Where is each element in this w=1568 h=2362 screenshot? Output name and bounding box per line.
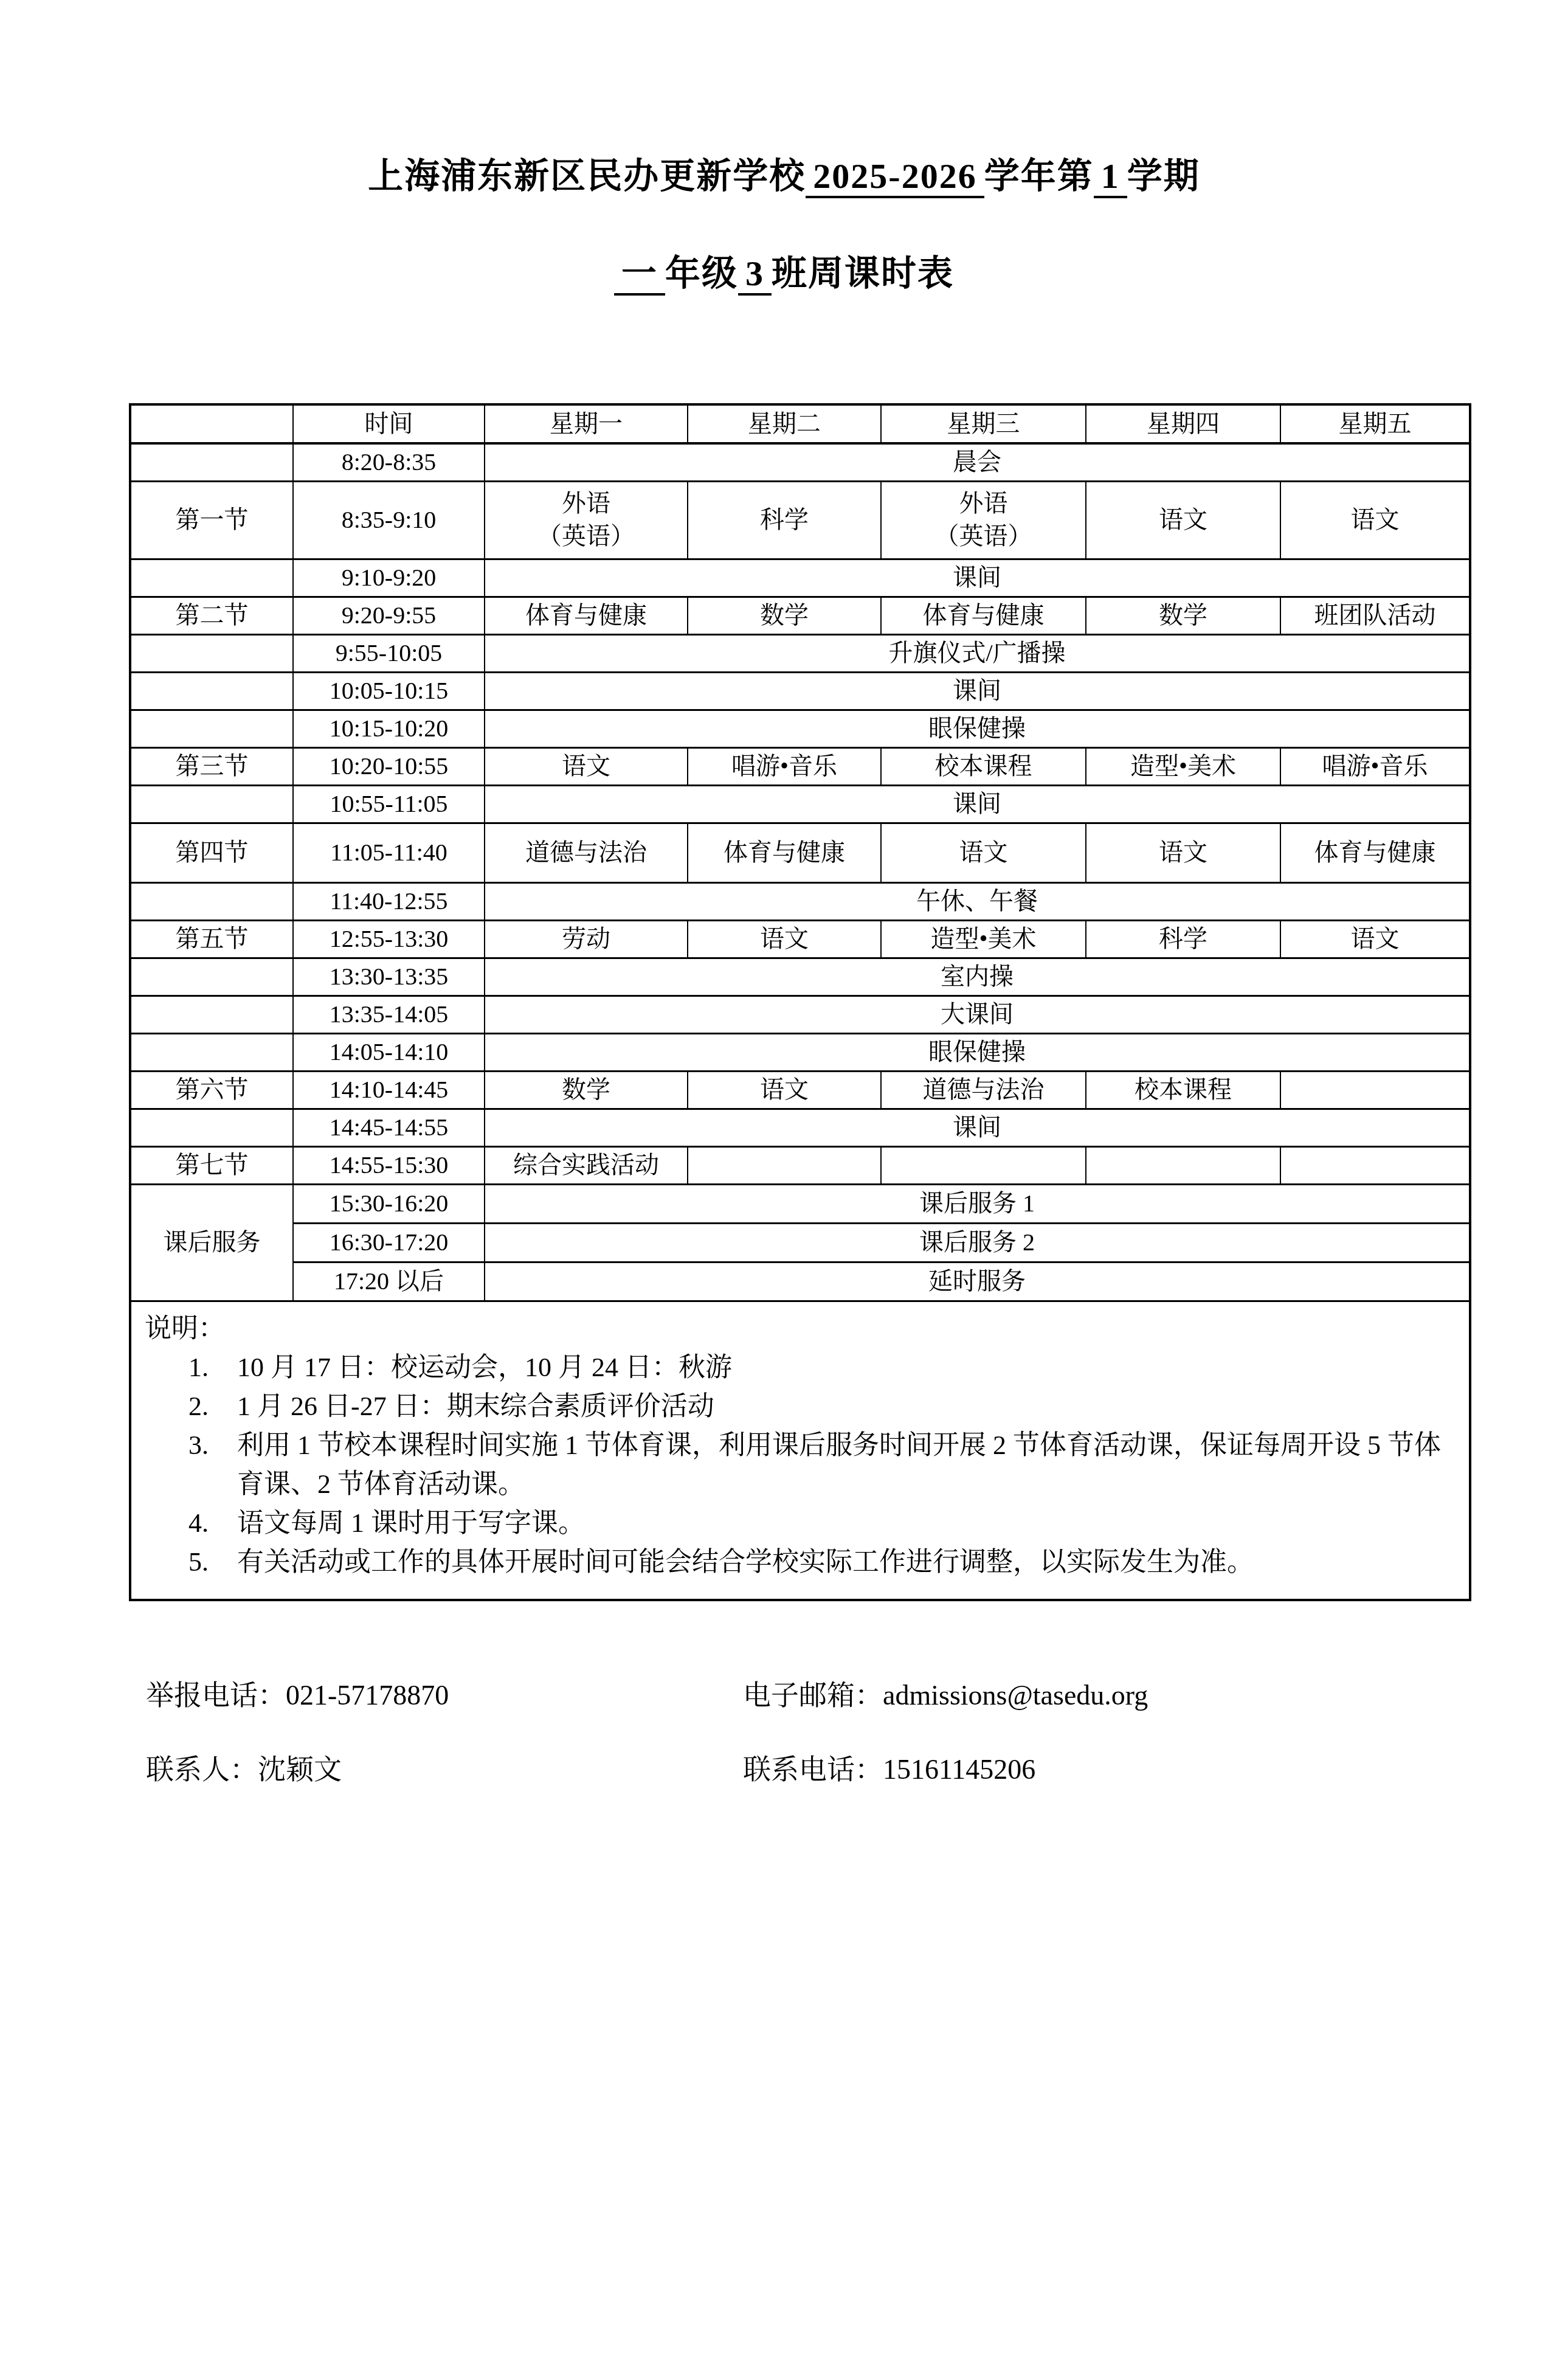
section-cell — [130, 443, 293, 481]
table-row-break: 9:10-9:20 课间 — [130, 559, 1470, 597]
time-cell: 8:20-8:35 — [293, 443, 485, 481]
time-cell: 14:45-14:55 — [293, 1109, 485, 1146]
span-activity-cell: 课间 — [485, 1109, 1470, 1146]
table-row-period-6: 第六节 14:10-14:45 数学 语文 道德与法治 校本课程 — [130, 1071, 1470, 1109]
table-row-lunch: 11:40-12:55 午休、午餐 — [130, 882, 1470, 920]
span-activity-cell: 课间 — [485, 785, 1470, 823]
table-row-long-break: 13:35-14:05 大课间 — [130, 996, 1470, 1033]
time-cell: 13:30-13:35 — [293, 958, 485, 996]
section-cell: 第五节 — [130, 920, 293, 958]
notes-cell: 说明： 1. 10 月 17 日：校运动会，10 月 24 日：秋游 2. 1 … — [130, 1301, 1470, 1600]
time-cell: 9:20-9:55 — [293, 597, 485, 634]
header-corner-cell — [130, 404, 293, 443]
time-cell: 10:55-11:05 — [293, 785, 485, 823]
note-text: 10 月 17 日：校运动会，10 月 24 日：秋游 — [237, 1348, 1453, 1387]
section-cell-after-school: 课后服务 — [130, 1184, 293, 1301]
title-schedule-label: 班周课时表 — [772, 254, 954, 293]
header-tuesday-cell: 星期二 — [688, 404, 881, 443]
page-title-line1: 上海浦东新区民办更新学校2025-2026学年第1学期 — [0, 153, 1568, 199]
lesson-cell-thu: 语文 — [1086, 823, 1280, 882]
contact-phone: 联系电话：15161145206 — [743, 1751, 1035, 1788]
lesson-cell-tue: 语文 — [688, 1071, 881, 1109]
note-text: 有关活动或工作的具体开展时间可能会结合学校实际工作进行调整，以实际发生为准。 — [237, 1543, 1453, 1582]
span-activity-cell: 课后服务 1 — [485, 1184, 1470, 1223]
table-row-period-3: 第三节 10:20-10:55 语文 唱游•音乐 校本课程 造型•美术 唱游•音… — [130, 747, 1470, 785]
lesson-cell-mon: 数学 — [485, 1071, 688, 1109]
report-phone-value: 021-57178870 — [286, 1680, 449, 1711]
table-row-flag-ceremony: 9:55-10:05 升旗仪式/广播操 — [130, 634, 1470, 672]
section-cell — [130, 785, 293, 823]
table-row-period-7: 第七节 14:55-15:30 综合实践活动 — [130, 1146, 1470, 1184]
contact-person-label: 联系人： — [146, 1754, 258, 1785]
footer-row-1: 举报电话：021-57178870 电子邮箱：admissions@tasedu… — [146, 1677, 1568, 1714]
lesson-cell-fri — [1280, 1071, 1470, 1109]
header-time-cell: 时间 — [293, 404, 485, 443]
page-title-line2: 一年级3班周课时表 — [0, 251, 1568, 297]
lesson-cell-mon: 体育与健康 — [485, 597, 688, 634]
section-cell — [130, 882, 293, 920]
note-number: 3. — [188, 1426, 237, 1504]
report-phone: 举报电话：021-57178870 — [146, 1677, 743, 1714]
table-row-eye-exercise: 14:05-14:10 眼保健操 — [130, 1033, 1470, 1071]
section-cell: 第七节 — [130, 1146, 293, 1184]
report-phone-label: 举报电话： — [146, 1680, 286, 1711]
lesson-cell-wed: 语文 — [881, 823, 1086, 882]
lesson-cell-wed: 造型•美术 — [881, 920, 1086, 958]
email-value: admissions@tasedu.org — [883, 1680, 1148, 1711]
contact-footer: 举报电话：021-57178870 电子邮箱：admissions@tasedu… — [146, 1677, 1568, 1788]
table-row-after-school-1: 课后服务 15:30-16:20 课后服务 1 — [130, 1184, 1470, 1223]
lesson-cell-tue: 体育与健康 — [688, 823, 881, 882]
span-activity-cell: 眼保健操 — [485, 710, 1470, 747]
span-activity-cell: 晨会 — [485, 443, 1470, 481]
time-cell: 9:55-10:05 — [293, 634, 485, 672]
header-wednesday-cell: 星期三 — [881, 404, 1086, 443]
span-activity-cell: 眼保健操 — [485, 1033, 1470, 1071]
lesson-cell-mon: 劳动 — [485, 920, 688, 958]
contact-phone-label: 联系电话： — [743, 1754, 883, 1785]
time-cell: 15:30-16:20 — [293, 1184, 485, 1223]
lesson-cell-fri: 语文 — [1280, 920, 1470, 958]
lesson-cell-wed: 体育与健康 — [881, 597, 1086, 634]
lesson-cell-fri: 班团队活动 — [1280, 597, 1470, 634]
title-semester-prefix: 学年第 — [984, 156, 1094, 196]
lesson-cell-tue: 科学 — [688, 481, 881, 559]
section-cell — [130, 710, 293, 747]
lesson-cell-mon: 外语 （英语） — [485, 481, 688, 559]
span-activity-cell: 课间 — [485, 672, 1470, 710]
note-item-5: 5. 有关活动或工作的具体开展时间可能会结合学校实际工作进行调整，以实际发生为准… — [188, 1543, 1453, 1582]
lesson-cell-thu — [1086, 1146, 1280, 1184]
time-cell: 8:35-9:10 — [293, 481, 485, 559]
lesson-cell-thu: 校本课程 — [1086, 1071, 1280, 1109]
title-school-name: 上海浦东新区民办更新学校 — [368, 156, 806, 196]
section-cell: 第二节 — [130, 597, 293, 634]
section-cell: 第六节 — [130, 1071, 293, 1109]
lesson-cell-tue: 语文 — [688, 920, 881, 958]
footer-row-2: 联系人：沈颖文 联系电话：15161145206 — [146, 1751, 1568, 1788]
header-friday-cell: 星期五 — [1280, 404, 1470, 443]
lesson-cell-thu: 数学 — [1086, 597, 1280, 634]
time-cell: 17:20 以后 — [293, 1262, 485, 1301]
section-cell — [130, 672, 293, 710]
note-number: 2. — [188, 1387, 237, 1426]
title-grade-label: 年级 — [665, 254, 738, 293]
contact-person-value: 沈颖文 — [258, 1754, 342, 1785]
note-text: 利用 1 节校本课程时间实施 1 节体育课，利用课后服务时间开展 2 节体育活动… — [237, 1426, 1453, 1504]
time-cell: 11:05-11:40 — [293, 823, 485, 882]
table-row-period-1: 第一节 8:35-9:10 外语 （英语） 科学 外语 （英语） 语文 语文 — [130, 481, 1470, 559]
title-class-number-underlined: 3 — [738, 254, 772, 296]
lesson-cell-wed: 外语 （英语） — [881, 481, 1086, 559]
weekly-schedule-table: 时间 星期一 星期二 星期三 星期四 星期五 8:20-8:35 晨会 第一节 … — [129, 403, 1471, 1601]
section-cell: 第四节 — [130, 823, 293, 882]
note-item-1: 1. 10 月 17 日：校运动会，10 月 24 日：秋游 — [188, 1348, 1453, 1387]
time-cell: 13:35-14:05 — [293, 996, 485, 1033]
lesson-cell-mon: 道德与法治 — [485, 823, 688, 882]
span-activity-cell: 课间 — [485, 559, 1470, 597]
lesson-cell-tue: 数学 — [688, 597, 881, 634]
notes-label: 说明： — [145, 1309, 1453, 1348]
span-activity-cell: 延时服务 — [485, 1262, 1470, 1301]
note-number: 1. — [188, 1348, 237, 1387]
lesson-cell-mon: 综合实践活动 — [485, 1146, 688, 1184]
lesson-cell-wed — [881, 1146, 1086, 1184]
lesson-cell-wed: 道德与法治 — [881, 1071, 1086, 1109]
section-cell — [130, 958, 293, 996]
lesson-cell-mon: 语文 — [485, 747, 688, 785]
span-activity-cell: 室内操 — [485, 958, 1470, 996]
lesson-cell-thu: 造型•美术 — [1086, 747, 1280, 785]
lesson-cell-tue: 唱游•音乐 — [688, 747, 881, 785]
section-cell — [130, 1033, 293, 1071]
table-row-break: 14:45-14:55 课间 — [130, 1109, 1470, 1146]
header-thursday-cell: 星期四 — [1086, 404, 1280, 443]
section-cell — [130, 1109, 293, 1146]
lesson-cell-thu: 语文 — [1086, 481, 1280, 559]
table-row-extended-service: 17:20 以后 延时服务 — [130, 1262, 1470, 1301]
note-item-4: 4. 语文每周 1 课时用于写字课。 — [188, 1504, 1453, 1543]
note-item-3: 3. 利用 1 节校本课程时间实施 1 节体育课，利用课后服务时间开展 2 节体… — [188, 1426, 1453, 1504]
section-cell — [130, 559, 293, 597]
span-activity-cell: 升旗仪式/广播操 — [485, 634, 1470, 672]
lesson-cell-wed: 校本课程 — [881, 747, 1086, 785]
table-header-row: 时间 星期一 星期二 星期三 星期四 星期五 — [130, 404, 1470, 443]
time-cell: 10:05-10:15 — [293, 672, 485, 710]
time-cell: 14:55-15:30 — [293, 1146, 485, 1184]
email-label: 电子邮箱： — [743, 1680, 883, 1711]
section-cell: 第一节 — [130, 481, 293, 559]
time-cell: 11:40-12:55 — [293, 882, 485, 920]
contact-phone-value: 15161145206 — [883, 1754, 1035, 1785]
time-cell: 16:30-17:20 — [293, 1223, 485, 1262]
time-cell: 14:05-14:10 — [293, 1033, 485, 1071]
header-monday-cell: 星期一 — [485, 404, 688, 443]
title-term-number-underlined: 1 — [1094, 156, 1127, 198]
table-row-break: 10:05-10:15 课间 — [130, 672, 1470, 710]
note-number: 5. — [188, 1543, 237, 1582]
table-row-period-5: 第五节 12:55-13:30 劳动 语文 造型•美术 科学 语文 — [130, 920, 1470, 958]
table-row-indoor-exercise: 13:30-13:35 室内操 — [130, 958, 1470, 996]
note-text: 1 月 26 日-27 日：期末综合素质评价活动 — [237, 1387, 1453, 1426]
time-cell: 9:10-9:20 — [293, 559, 485, 597]
span-activity-cell: 大课间 — [485, 996, 1470, 1033]
time-cell: 10:20-10:55 — [293, 747, 485, 785]
lesson-cell-tue — [688, 1146, 881, 1184]
span-activity-cell: 午休、午餐 — [485, 882, 1470, 920]
lesson-cell-fri: 体育与健康 — [1280, 823, 1470, 882]
title-grade-underlined: 一 — [614, 254, 665, 296]
table-row-eye-exercise: 10:15-10:20 眼保健操 — [130, 710, 1470, 747]
table-row-notes: 说明： 1. 10 月 17 日：校运动会，10 月 24 日：秋游 2. 1 … — [130, 1301, 1470, 1600]
note-number: 4. — [188, 1504, 237, 1543]
lesson-cell-fri — [1280, 1146, 1470, 1184]
time-cell: 10:15-10:20 — [293, 710, 485, 747]
table-row-after-school-2: 16:30-17:20 课后服务 2 — [130, 1223, 1470, 1262]
lesson-cell-thu: 科学 — [1086, 920, 1280, 958]
table-row-break: 10:55-11:05 课间 — [130, 785, 1470, 823]
contact-person: 联系人：沈颖文 — [146, 1751, 743, 1788]
section-cell — [130, 634, 293, 672]
lesson-cell-fri: 唱游•音乐 — [1280, 747, 1470, 785]
table-row-morning-assembly: 8:20-8:35 晨会 — [130, 443, 1470, 481]
time-cell: 14:10-14:45 — [293, 1071, 485, 1109]
title-school-year-underlined: 2025-2026 — [806, 156, 984, 198]
email: 电子邮箱：admissions@tasedu.org — [743, 1677, 1148, 1714]
time-cell: 12:55-13:30 — [293, 920, 485, 958]
note-item-2: 2. 1 月 26 日-27 日：期末综合素质评价活动 — [188, 1387, 1453, 1426]
table-row-period-2: 第二节 9:20-9:55 体育与健康 数学 体育与健康 数学 班团队活动 — [130, 597, 1470, 634]
span-activity-cell: 课后服务 2 — [485, 1223, 1470, 1262]
section-cell: 第三节 — [130, 747, 293, 785]
title-semester-suffix: 学期 — [1127, 156, 1200, 196]
lesson-cell-fri: 语文 — [1280, 481, 1470, 559]
table-row-period-4: 第四节 11:05-11:40 道德与法治 体育与健康 语文 语文 体育与健康 — [130, 823, 1470, 882]
section-cell — [130, 996, 293, 1033]
note-text: 语文每周 1 课时用于写字课。 — [237, 1504, 1453, 1543]
